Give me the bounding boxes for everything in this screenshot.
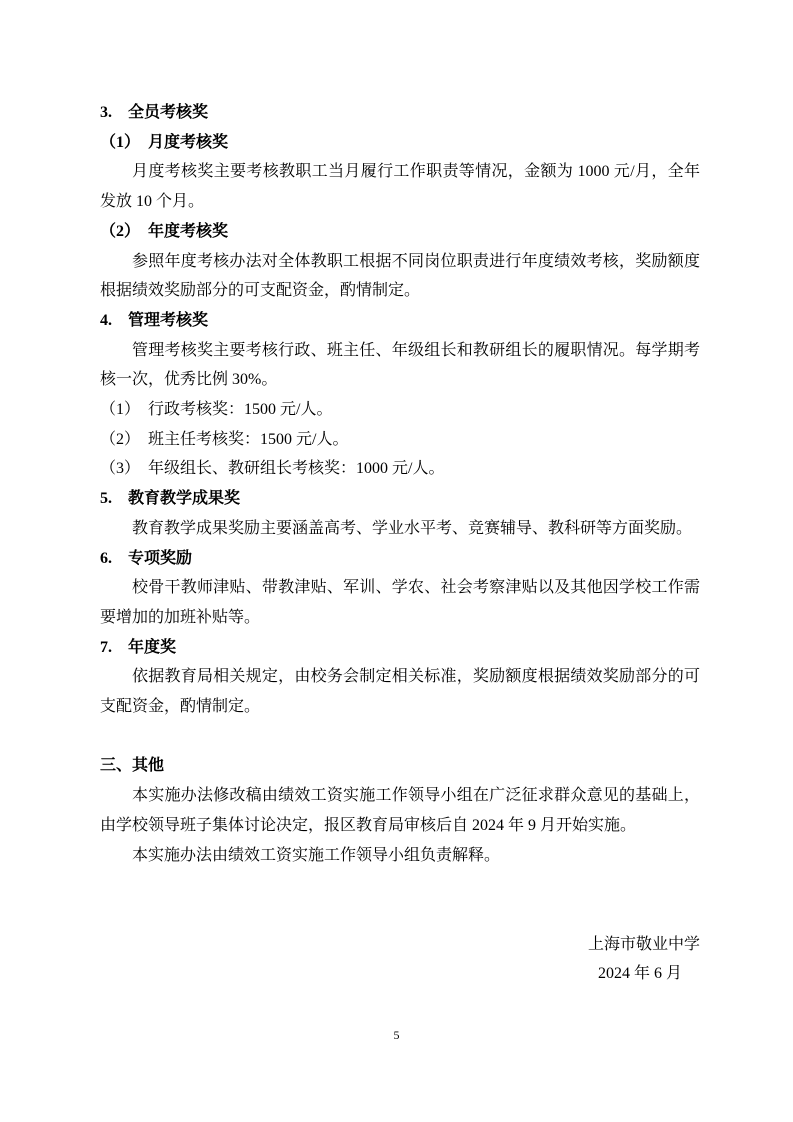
para-interpretation-statement: 本实施办法由绩效工资实施工作领导小组负责解释。 xyxy=(100,841,700,871)
para-teaching-achievement-detail: 教育教学成果奖励主要涵盖高考、学业水平考、竞赛辅导、教科研等方面奖励。 xyxy=(100,514,700,544)
para-monthly-award-detail: 月度考核奖主要考核教职工当月履行工作职责等情况，金额为 1000 元/月，全年发… xyxy=(100,157,700,216)
heading-section-5-teaching-achievement: 5. 教育教学成果奖 xyxy=(100,484,700,514)
signature-organization: 上海市敬业中学 xyxy=(100,930,700,960)
para-annual-assessment-detail: 参照年度考核办法对全体教职工根据不同岗位职责进行年度绩效考核，奖励额度根据绩效奖… xyxy=(100,247,700,306)
heading-section-4-management-award: 4. 管理考核奖 xyxy=(100,306,700,336)
list-item-grade-leader-award: （3） 年级组长、教研组长考核奖：1000 元/人。 xyxy=(100,454,700,484)
document-page: 3. 全员考核奖 （1） 月度考核奖 月度考核奖主要考核教职工当月履行工作职责等… xyxy=(0,0,793,1122)
heading-sub-monthly-award: （1） 月度考核奖 xyxy=(100,128,700,158)
page-number: 5 xyxy=(0,1028,793,1042)
heading-section-7-annual-award: 7. 年度奖 xyxy=(100,633,700,663)
list-item-class-teacher-award: （2） 班主任考核奖：1500 元/人。 xyxy=(100,425,700,455)
para-implementation-statement: 本实施办法修改稿由绩效工资实施工作领导小组在广泛征求群众意见的基础上，由学校领导… xyxy=(100,781,700,840)
para-special-reward-detail: 校骨干教师津贴、带教津贴、军训、学农、社会考察津贴以及其他因学校工作需要增加的加… xyxy=(100,573,700,632)
heading-section-6-special-reward: 6. 专项奖励 xyxy=(100,544,700,574)
heading-part-3-others: 三、其他 xyxy=(100,751,700,781)
heading-sub-annual-assessment-award: （2） 年度考核奖 xyxy=(100,217,700,247)
signature-date: 2024 年 6 月 xyxy=(100,959,700,989)
signature-block: 上海市敬业中学 2024 年 6 月 xyxy=(100,930,700,989)
document-body: 3. 全员考核奖 （1） 月度考核奖 月度考核奖主要考核教职工当月履行工作职责等… xyxy=(100,98,700,989)
para-annual-award-detail: 依据教育局相关规定，由校务会制定相关标准，奖励额度根据绩效奖励部分的可支配资金，… xyxy=(100,662,700,721)
para-management-award-detail: 管理考核奖主要考核行政、班主任、年级组长和教研组长的履职情况。每学期考核一次，优… xyxy=(100,336,700,395)
heading-section-3-all-staff-award: 3. 全员考核奖 xyxy=(100,98,700,128)
list-item-admin-award: （1） 行政考核奖：1500 元/人。 xyxy=(100,395,700,425)
